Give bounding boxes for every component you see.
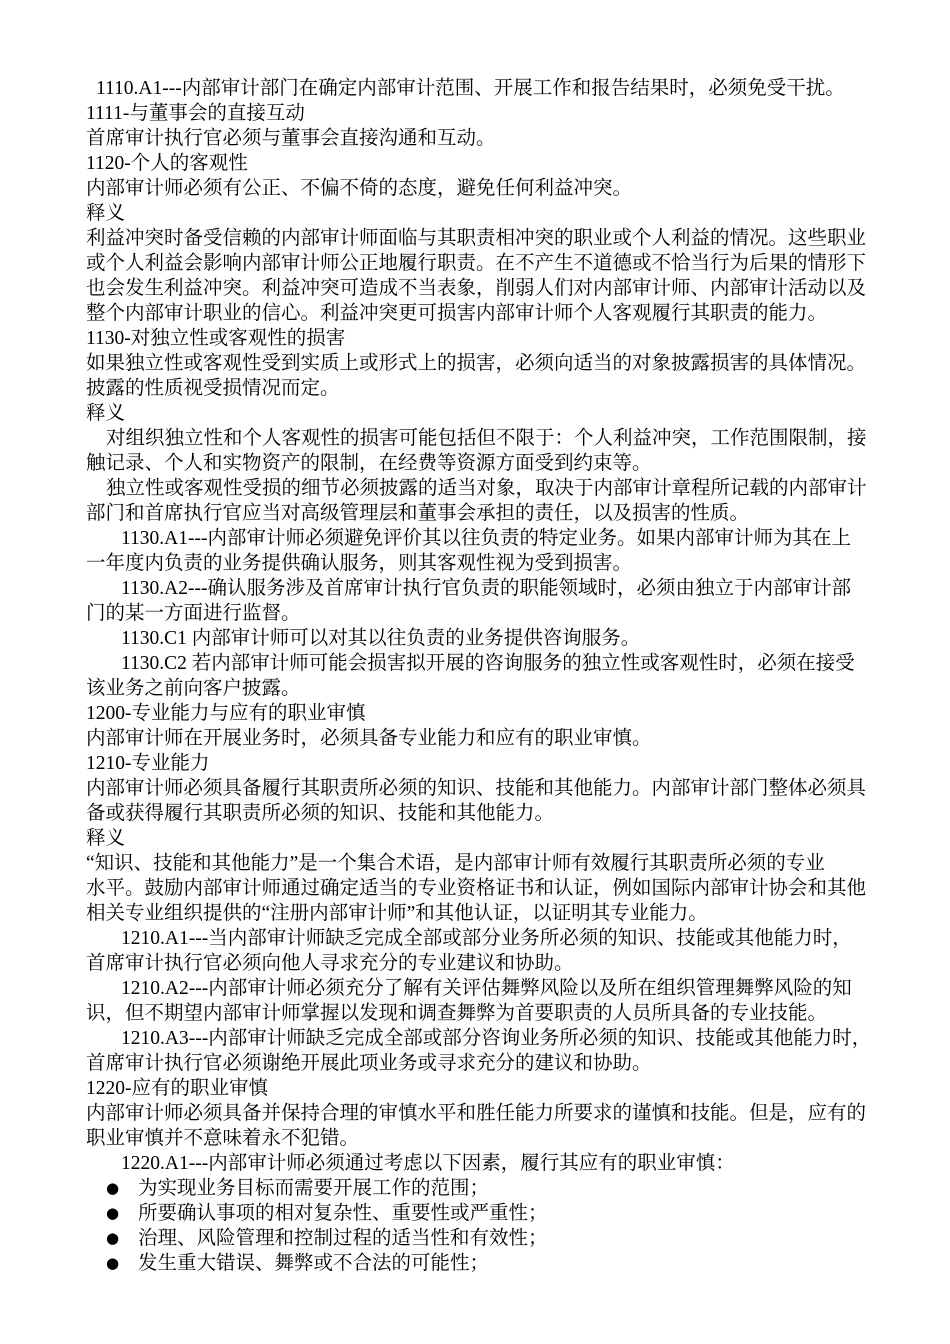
document-text-line: 或个人利益会影响内部审计师公正地履行职责。在不产生不道德或不恰当行为后果的情形下 <box>86 251 886 276</box>
document-text-line: 一年度内负责的业务提供确认服务，则其客观性视为受到损害。 <box>86 551 886 576</box>
bullet-icon: ● <box>106 1201 138 1226</box>
document-text-line: 1130.A1---内部审计师必须避免评价其以往负责的特定业务。如果内部审计师为… <box>86 526 886 551</box>
bullet-icon: ● <box>106 1251 138 1276</box>
document-text-line: 1111-与董事会的直接互动 <box>86 101 886 126</box>
document-text-line: 门的某一方面进行监督。 <box>86 601 886 626</box>
document-text-line: 部门和首席执行官应当对高级管理层和董事会承担的责任，以及损害的性质。 <box>86 501 886 526</box>
document-text-line: 相关专业组织提供的“注册内部审计师”和其他认证，以证明其专业能力。 <box>86 901 886 926</box>
document-text-line: 内部审计师在开展业务时，必须具备专业能力和应有的职业审慎。 <box>86 726 886 751</box>
document-text-line: 释义 <box>86 826 886 851</box>
document-text-line: 利益冲突时备受信赖的内部审计师面临与其职责相冲突的职业或个人利益的情况。这些职业 <box>86 226 886 251</box>
document-text-line: 也会发生利益冲突。利益冲突可造成不当表象，削弱人们对内部审计师、内部审计活动以及 <box>86 276 886 301</box>
document-text-line: 1130.C2 若内部审计师可能会损害拟开展的咨询服务的独立性或客观性时，必须在… <box>86 651 886 676</box>
document-text-line: 1210.A3---内部审计师缺乏完成全部或部分咨询业务所必须的知识、技能或其他… <box>86 1026 886 1051</box>
bullet-item-text: 所要确认事项的相对复杂性、重要性或严重性； <box>138 1203 548 1224</box>
document-text-line: 水平。鼓励内部审计师通过确定适当的专业资格证书和认证，例如国际内部审计协会和其他 <box>86 876 886 901</box>
bullet-icon: ● <box>106 1226 138 1251</box>
document-text-line: 该业务之前向客户披露。 <box>86 676 886 701</box>
document-page: 1110.A1---内部审计部门在确定内部审计范围、开展工作和报告结果时，必须免… <box>0 0 950 1344</box>
document-text-line: 触记录、个人和实物资产的限制，在经费等资源方面受到约束等。 <box>86 451 886 476</box>
document-text-line: 内部审计师必须具备并保持合理的审慎水平和胜任能力所要求的谨慎和技能。但是，应有的 <box>86 1101 886 1126</box>
document-text-line: 首席审计执行官必须与董事会直接沟通和互动。 <box>86 126 886 151</box>
bullet-item-text: 为实现业务目标而需要开展工作的范围； <box>138 1178 489 1199</box>
document-text-line: 职业审慎并不意味着永不犯错。 <box>86 1126 886 1151</box>
document-text-line: 1220-应有的职业审慎 <box>86 1076 886 1101</box>
document-text-line: 1130-对独立性或客观性的损害 <box>86 326 886 351</box>
document-text-line: 内部审计师必须有公正、不偏不倚的态度，避免任何利益冲突。 <box>86 176 886 201</box>
document-text-line: 首席审计执行官必须向他人寻求充分的专业建议和协助。 <box>86 951 886 976</box>
document-text-line: 披露的性质视受损情况而定。 <box>86 376 886 401</box>
bullet-list-item: ●治理、风险管理和控制过程的适当性和有效性； <box>86 1226 886 1251</box>
document-text-line: 1210.A1---当内部审计师缺乏完成全部或部分业务所必须的知识、技能或其他能… <box>86 926 886 951</box>
document-text-line: 释义 <box>86 401 886 426</box>
document-text-line: 释义 <box>86 201 886 226</box>
document-text-line: 内部审计师必须具备履行其职责所必须的知识、技能和其他能力。内部审计部门整体必须具 <box>86 776 886 801</box>
bullet-icon: ● <box>106 1176 138 1201</box>
document-text-line: 备或获得履行其职责所必须的知识、技能和其他能力。 <box>86 801 886 826</box>
document-text-line: 1130.A2---确认服务涉及首席审计执行官负责的职能领域时，必须由独立于内部… <box>86 576 886 601</box>
bullet-list-item: ●发生重大错误、舞弊或不合法的可能性； <box>86 1251 886 1276</box>
document-text-line: 对组织独立性和个人客观性的损害可能包括但不限于：个人利益冲突，工作范围限制，接 <box>86 426 886 451</box>
document-text-line: 独立性或客观性受损的细节必须披露的适当对象，取决于内部审计章程所记载的内部审计 <box>86 476 886 501</box>
document-text-line: “知识、技能和其他能力”是一个集合术语，是内部审计师有效履行其职责所必须的专业 <box>86 851 886 876</box>
document-text-line: 1120-个人的客观性 <box>86 151 886 176</box>
document-text-line: 如果独立性或客观性受到实质上或形式上的损害，必须向适当的对象披露损害的具体情况。 <box>86 351 886 376</box>
document-text-line: 1200-专业能力与应有的职业审慎 <box>86 701 886 726</box>
bullet-list-item: ●所要确认事项的相对复杂性、重要性或严重性； <box>86 1201 886 1226</box>
bullet-item-text: 治理、风险管理和控制过程的适当性和有效性； <box>138 1228 548 1249</box>
document-text-line: 1110.A1---内部审计部门在确定内部审计范围、开展工作和报告结果时，必须免… <box>86 76 886 101</box>
document-lines: 1110.A1---内部审计部门在确定内部审计范围、开展工作和报告结果时，必须免… <box>86 76 886 1276</box>
document-text-line: 1220.A1---内部审计师必须通过考虑以下因素，履行其应有的职业审慎： <box>86 1151 886 1176</box>
document-text-line: 1130.C1 内部审计师可以对其以往负责的业务提供咨询服务。 <box>86 626 886 651</box>
document-text-line: 首席审计执行官必须谢绝开展此项业务或寻求充分的建议和协助。 <box>86 1051 886 1076</box>
document-text-line: 1210-专业能力 <box>86 751 886 776</box>
document-text-line: 1210.A2---内部审计师必须充分了解有关评估舞弊风险以及所在组织管理舞弊风… <box>86 976 886 1001</box>
bullet-list-item: ●为实现业务目标而需要开展工作的范围； <box>86 1176 886 1201</box>
bullet-item-text: 发生重大错误、舞弊或不合法的可能性； <box>138 1253 489 1274</box>
document-text-line: 整个内部审计职业的信心。利益冲突更可损害内部审计师个人客观履行其职责的能力。 <box>86 301 886 326</box>
document-text-line: 识，但不期望内部审计师掌握以发现和调查舞弊为首要职责的人员所具备的专业技能。 <box>86 1001 886 1026</box>
